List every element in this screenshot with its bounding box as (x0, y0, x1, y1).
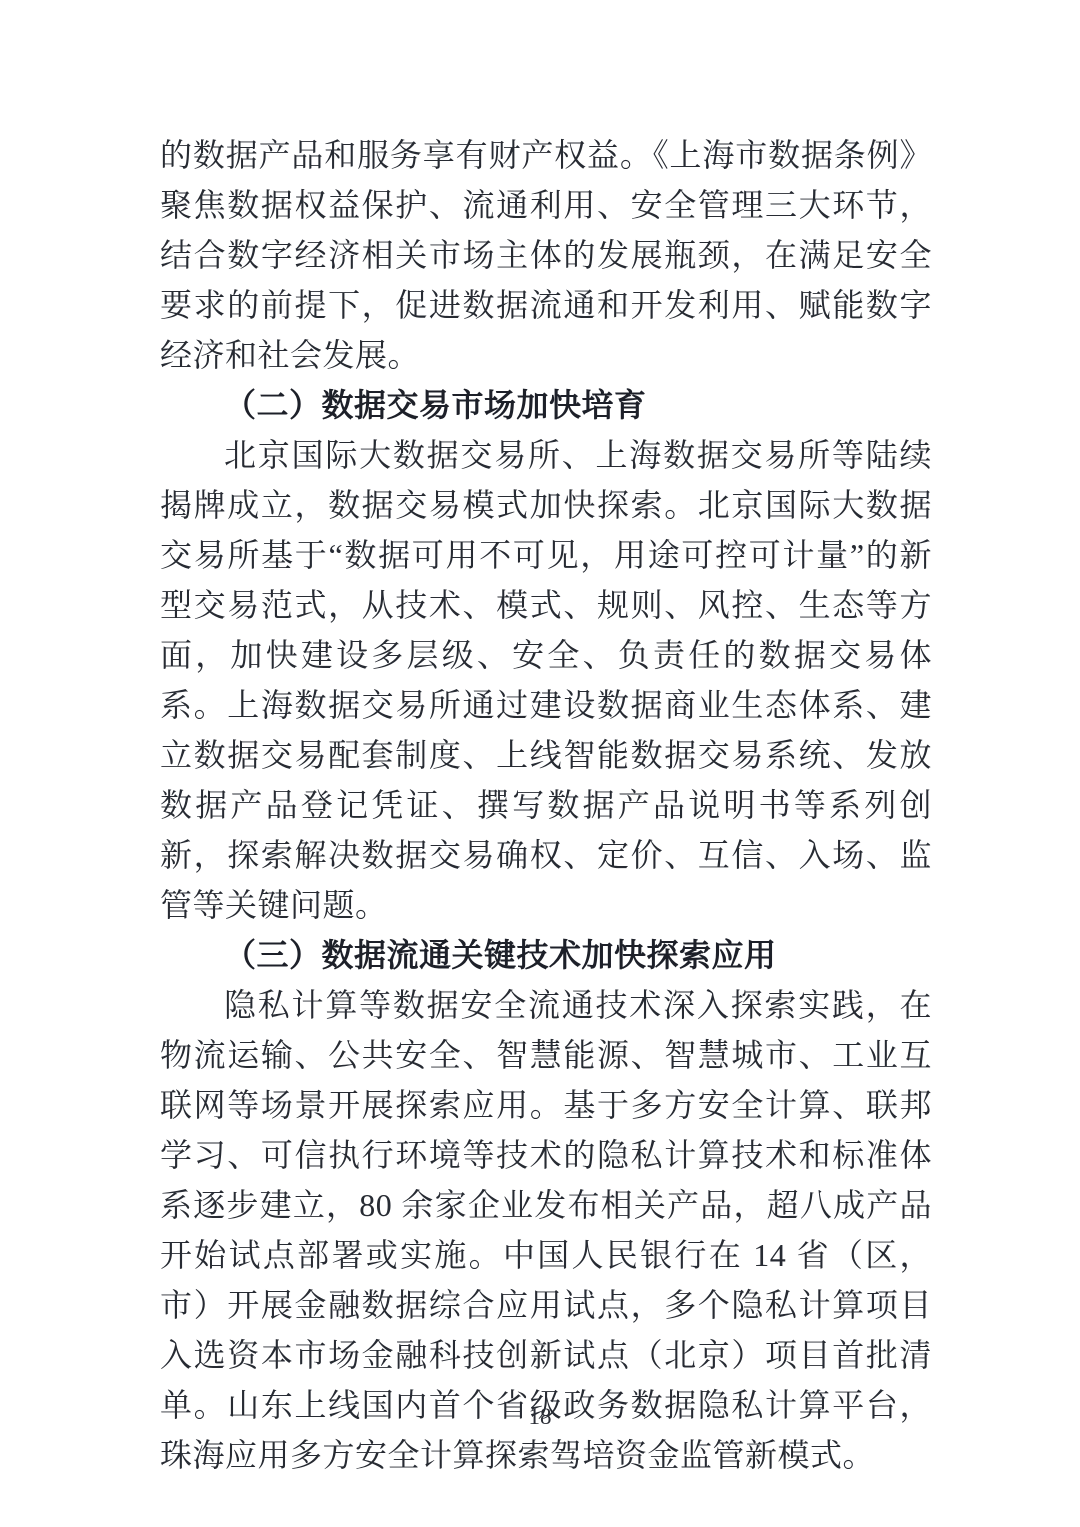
body-text: 的数据产品和服务享有财产权益。《上海市数据条例》聚焦数据权益保护、流通利用、安全… (160, 130, 932, 1480)
section-heading-3: （三）数据流通关键技术加快探索应用 (160, 930, 932, 980)
paragraph-data-trading-market: 北京国际大数据交易所、上海数据交易所等陆续揭牌成立，数据交易模式加快探索。北京国… (160, 430, 932, 930)
page-number: 18 (0, 1402, 1080, 1432)
section-heading-2: （二）数据交易市场加快培育 (160, 380, 932, 430)
paragraph-continuation: 的数据产品和服务享有财产权益。《上海市数据条例》聚焦数据权益保护、流通利用、安全… (160, 130, 932, 380)
document-page: 的数据产品和服务享有财产权益。《上海市数据条例》聚焦数据权益保护、流通利用、安全… (0, 0, 1080, 1527)
